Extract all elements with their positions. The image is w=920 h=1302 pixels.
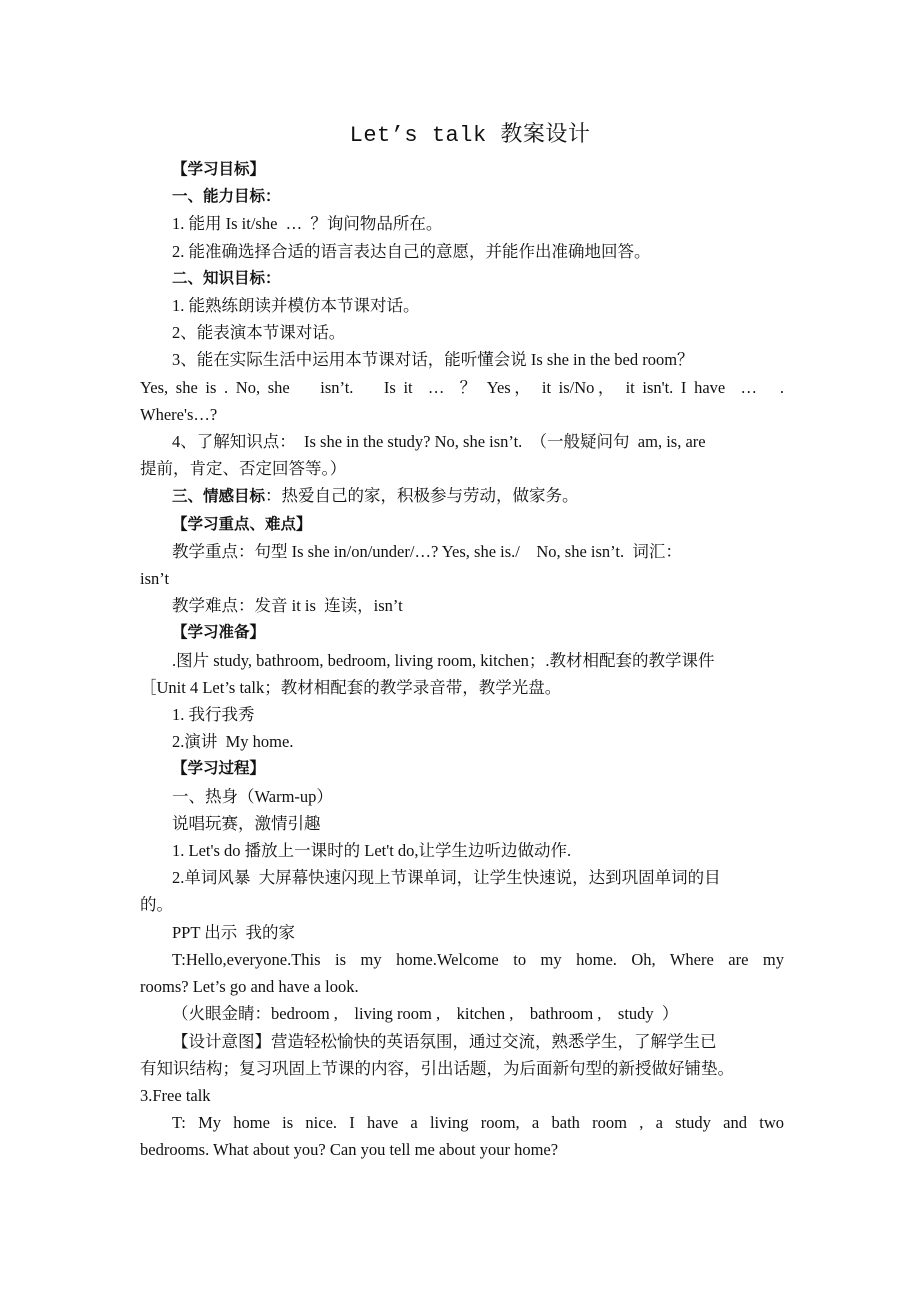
preparation-heading: 【学习准备】 bbox=[140, 619, 784, 646]
teacher-speech-1-line1: T:Hello,everyone.This is my home.Welcome… bbox=[140, 946, 784, 973]
keypoint-line2: isn’t bbox=[140, 565, 784, 592]
knowledge-goal-3-line3: Where's…? bbox=[140, 401, 784, 428]
teacher-speech-2-line1: T: My home is nice. I have a living room… bbox=[140, 1109, 784, 1136]
keypoint-line1: 教学重点：句型 Is she in/on/under/…? Yes, she i… bbox=[140, 538, 784, 565]
teacher-speech-2-line2: bedrooms. What about you? Can you tell m… bbox=[140, 1136, 784, 1163]
warmup-step-1: 1. Let's do 播放上一课时的 Let't do,让学生边听边做动作. bbox=[140, 837, 784, 864]
emotion-goal-label: 三、情感目标 bbox=[172, 487, 265, 505]
knowledge-goal-2: 2、能表演本节课对话。 bbox=[140, 319, 784, 346]
warmup-subtitle: 说唱玩赛，激情引趣 bbox=[140, 810, 784, 837]
ability-goal-1: 1. 能用 Is it/she … ？询问物品所在。 bbox=[140, 210, 784, 237]
knowledge-goal-1: 1. 能熟练朗读并模仿本节课对话。 bbox=[140, 292, 784, 319]
warmup-step-2-line2: 的。 bbox=[140, 891, 784, 918]
ability-goals-heading: 一、能力目标： bbox=[140, 183, 784, 210]
knowledge-goal-3-line2: Yes, she is . No, she isn’t. Is it … ？ Y… bbox=[140, 374, 784, 401]
keypoints-heading: 【学习重点、难点】 bbox=[140, 511, 784, 538]
ability-goal-2: 2. 能准确选择合适的语言表达自己的意愿，并能作出准确地回答。 bbox=[140, 238, 784, 265]
teacher-speech-1-line2: rooms? Let’s go and have a look. bbox=[140, 973, 784, 1000]
difficulty: 教学难点：发音 it is 连读，isn’t bbox=[140, 592, 784, 619]
warmup-step-2-line1: 2.单词风暴 大屏幕快速闪现上节课单词，让学生快速说，达到巩固单词的目 bbox=[140, 864, 784, 891]
objectives-heading: 【学习目标】 bbox=[140, 156, 784, 183]
emotion-goal-text: ：热爱自己的家，积极参与劳动，做家务。 bbox=[265, 486, 579, 505]
preparation-item-2: 2.演讲 My home. bbox=[140, 728, 784, 755]
knowledge-goals-heading: 二、知识目标： bbox=[140, 265, 784, 292]
warmup-heading: 一、热身（Warm-up） bbox=[140, 783, 784, 810]
knowledge-goal-4-line2: 提前，肯定、否定回答等。） bbox=[140, 455, 784, 482]
free-talk-heading: 3.Free talk bbox=[140, 1082, 784, 1109]
design-intent-line2: 有知识结构；复习巩固上节课的内容，引出话题，为后面新句型的新授做好铺垫。 bbox=[140, 1055, 784, 1082]
preparation-line2: ［Unit 4 Let’s talk；教材相配套的教学录音带，教学光盘。 bbox=[140, 674, 784, 701]
preparation-line1: .图片 study, bathroom, bedroom, living roo… bbox=[140, 647, 784, 674]
process-heading: 【学习过程】 bbox=[140, 755, 784, 782]
preparation-item-1: 1. 我行我秀 bbox=[140, 701, 784, 728]
document-title: Let’s talk 教案设计 bbox=[140, 118, 784, 154]
emotion-goal: 三、情感目标：热爱自己的家，积极参与劳动，做家务。 bbox=[140, 482, 784, 510]
knowledge-goal-4-line1: 4、了解知识点： Is she in the study? No, she is… bbox=[140, 428, 784, 455]
document-page: Let’s talk 教案设计 【学习目标】 一、能力目标： 1. 能用 Is … bbox=[140, 118, 784, 1164]
ppt-note: PPT 出示 我的家 bbox=[140, 919, 784, 946]
knowledge-goal-3-line1: 3、能在实际生活中运用本节课对话，能听懂会说 Is she in the bed… bbox=[140, 346, 784, 373]
vocab-review: （火眼金睛：bedroom , living room , kitchen , … bbox=[140, 1000, 784, 1027]
design-intent-line1: 【设计意图】营造轻松愉快的英语氛围，通过交流，熟悉学生，了解学生已 bbox=[140, 1028, 784, 1055]
